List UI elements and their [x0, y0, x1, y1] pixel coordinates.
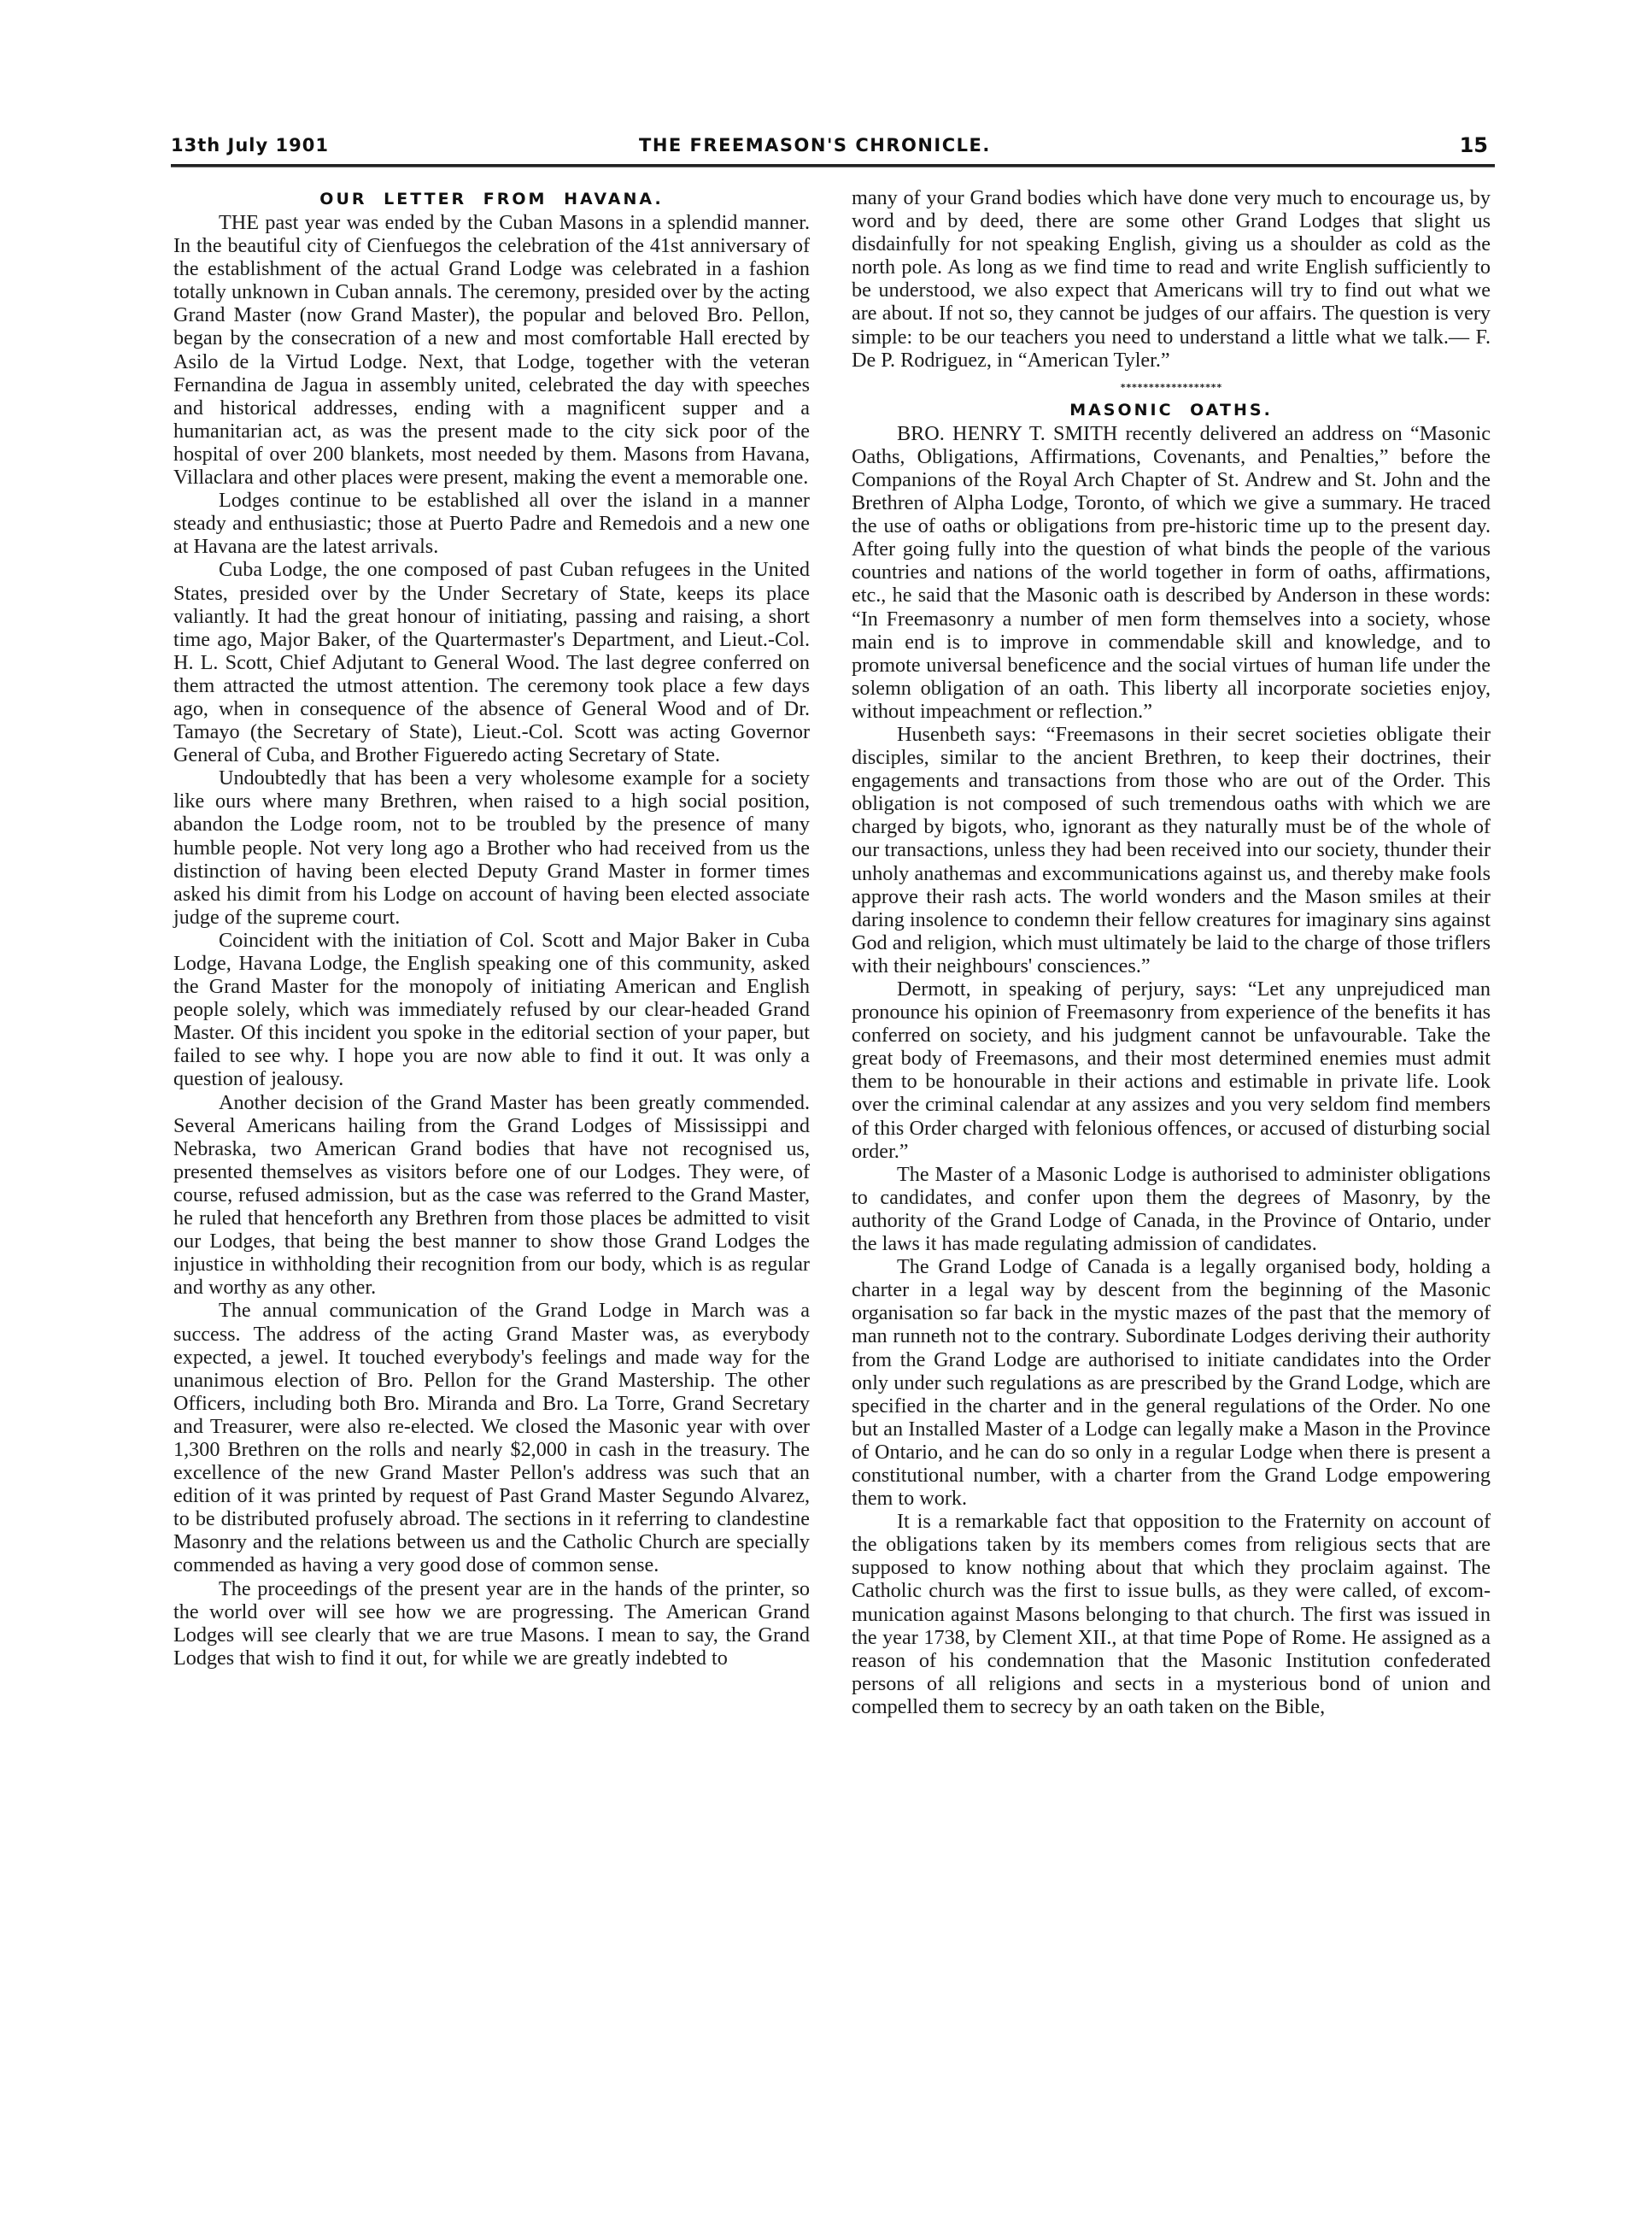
article-paragraph: THE past year was ended by the Cuban Mas… — [173, 211, 810, 489]
article-title-havana: OUR LETTER FROM HAVANA. — [173, 188, 810, 211]
article-paragraph: It is a remarkable fact that opposition … — [852, 1510, 1491, 1718]
article-paragraph: Lodges continue to be established all ov… — [173, 489, 810, 558]
article-paragraph: BRO. HENRY T. SMITH recently delivered a… — [852, 422, 1491, 723]
page-number: 15 — [1460, 133, 1488, 157]
article-paragraph: Undoubtedly that has been a very wholeso… — [173, 766, 810, 929]
right-column: many of your Grand bodies which have don… — [852, 186, 1491, 1718]
article-paragraph: Cuba Lodge, the one composed of past Cub… — [173, 558, 810, 766]
continued-paragraph: many of your Grand bodies which have don… — [852, 186, 1491, 372]
article-paragraph: Another decision of the Grand Master has… — [173, 1091, 810, 1300]
section-separator: ****************** — [852, 382, 1491, 394]
publication-title: THE FREEMASON'S CHRONICLE. — [639, 135, 991, 156]
article-paragraph: Dermott, in speaking of perjury, says: “… — [852, 977, 1491, 1163]
left-column: OUR LETTER FROM HAVANA. THE past year wa… — [173, 186, 810, 1670]
header-rule — [171, 164, 1495, 167]
article-paragraph: Coincident with the initiation of Col. S… — [173, 929, 810, 1091]
article-paragraph: The Master of a Masonic Lodge is authori… — [852, 1163, 1491, 1255]
article-paragraph: Husenbeth says: “Freemasons in their sec… — [852, 723, 1491, 977]
issue-date: 13th July 1901 — [171, 135, 329, 156]
article-paragraph: The Grand Lodge of Canada is a legally o… — [852, 1255, 1491, 1510]
article-paragraph: The proceedings of the present year are … — [173, 1577, 810, 1670]
article-paragraph: The annual communication of the Grand Lo… — [173, 1299, 810, 1576]
page-header: 13th July 1901 THE FREEMASON'S CHRONICLE… — [171, 130, 1495, 161]
article-title-masonic-oaths: MASONIC OATHS. — [852, 399, 1491, 422]
